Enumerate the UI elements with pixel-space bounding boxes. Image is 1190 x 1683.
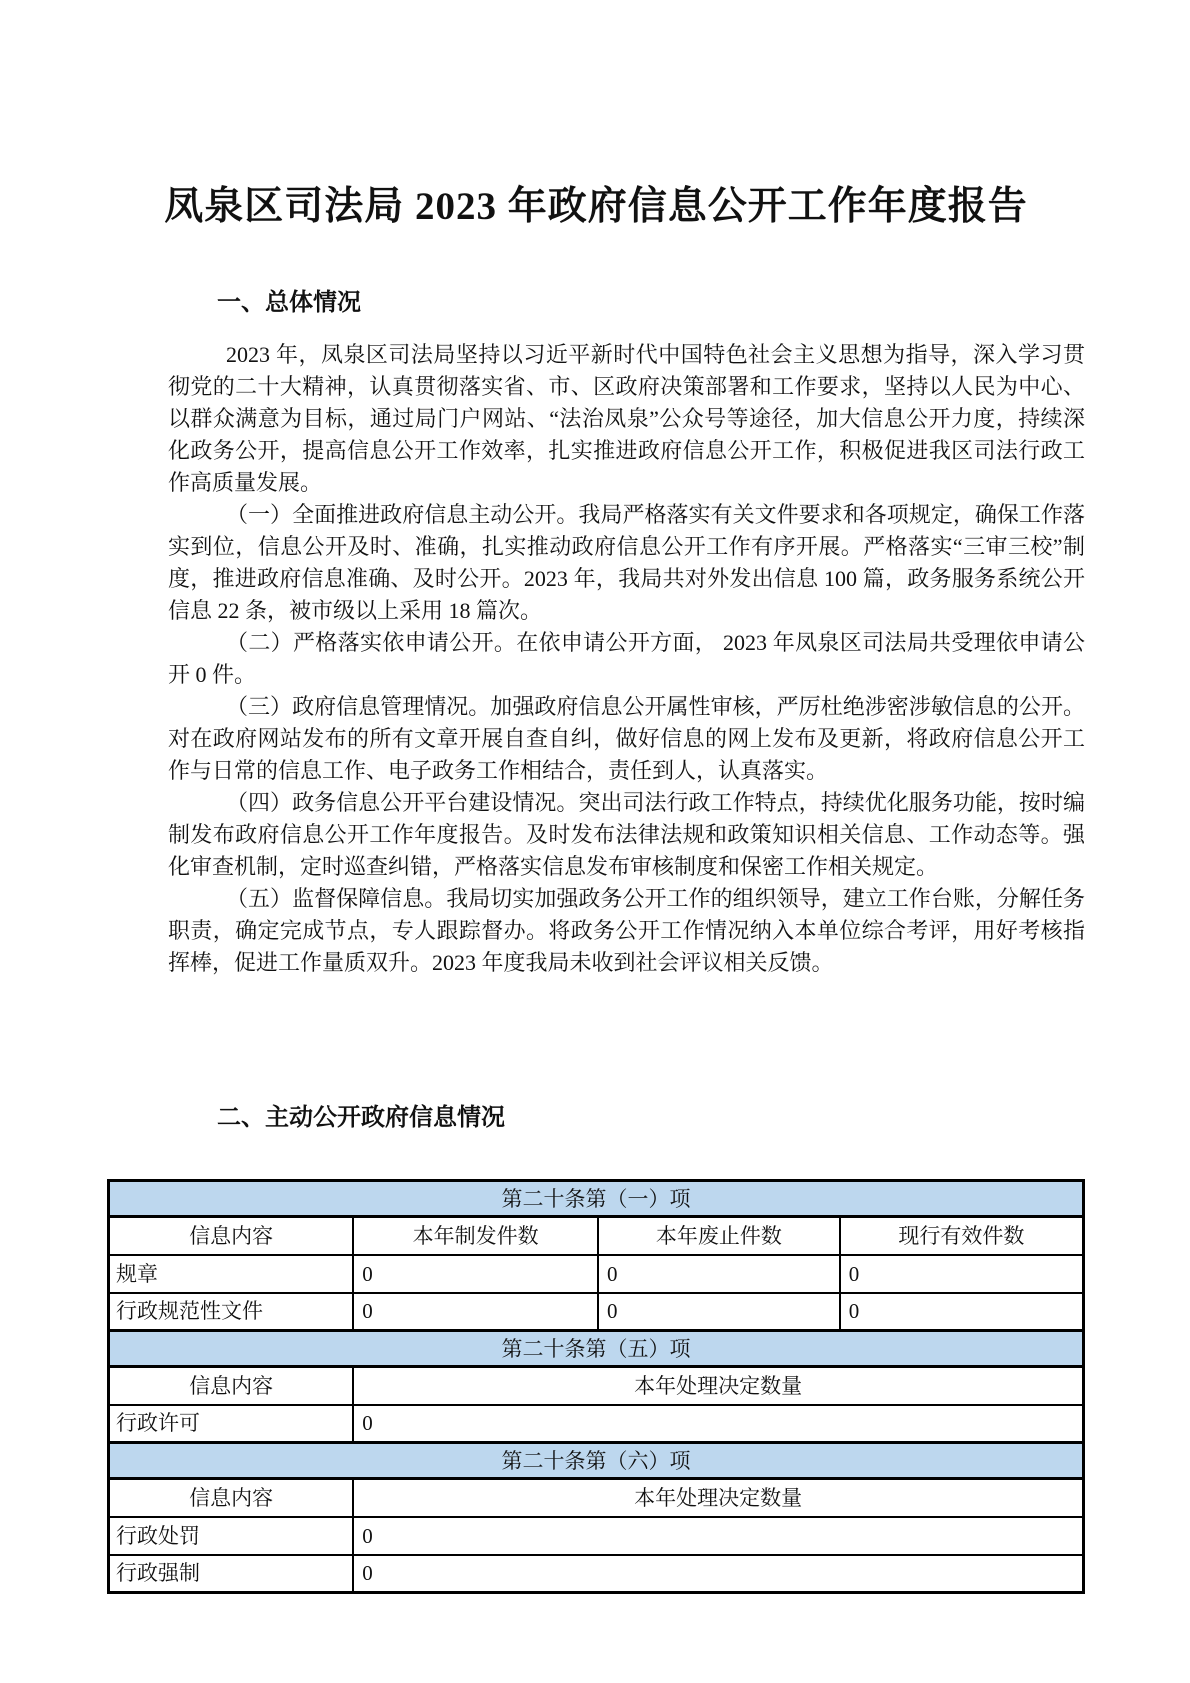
table-row: 第二十条第（五）项 [109,1331,1084,1367]
table-row: 行政许可 0 [109,1405,1084,1443]
page-title: 凤泉区司法局 2023 年政府信息公开工作年度报告 [107,0,1085,236]
row-value: 0 [598,1255,840,1293]
overview-paragraph-6: （五）监督保障信息。我局切实加强政务公开工作的组织领导，建立工作台账，分解任务职… [168,883,1085,979]
overview-paragraph-1: 2023 年，凤泉区司法局坚持以习近平新时代中国特色社会主义思想为指导，深入学习… [168,339,1085,499]
row-label: 行政许可 [109,1405,354,1443]
row-value: 0 [840,1293,1084,1331]
row-value: 0 [353,1555,1083,1593]
table-section-title: 第二十条第（一）项 [109,1181,1084,1217]
column-header: 本年制发件数 [353,1217,598,1255]
row-label: 规章 [109,1255,354,1293]
column-header: 本年废止件数 [598,1217,840,1255]
row-value: 0 [598,1293,840,1331]
table-row: 行政强制 0 [109,1555,1084,1593]
row-label: 行政处罚 [109,1517,354,1555]
table-row: 信息内容 本年制发件数 本年废止件数 现行有效件数 [109,1217,1084,1255]
column-header: 本年处理决定数量 [353,1367,1083,1405]
row-value: 0 [353,1293,598,1331]
table-row: 信息内容 本年处理决定数量 [109,1479,1084,1517]
column-header: 本年处理决定数量 [353,1479,1083,1517]
column-header: 信息内容 [109,1367,354,1405]
table-row: 第二十条第（一）项 [109,1181,1084,1217]
report-page: 凤泉区司法局 2023 年政府信息公开工作年度报告 一、总体情况 2023 年，… [0,0,1190,1683]
table-row: 规章 0 0 0 [109,1255,1084,1293]
overview-paragraph-2: （一）全面推进政府信息主动公开。我局严格落实有关文件要求和各项规定，确保工作落实… [168,499,1085,627]
column-header: 信息内容 [109,1479,354,1517]
disclosure-heading: 二、主动公开政府信息情况 [217,1103,1085,1133]
row-label: 行政规范性文件 [109,1293,354,1331]
disclosure-table: 第二十条第（一）项 信息内容 本年制发件数 本年废止件数 现行有效件数 规章 0… [107,1179,1085,1594]
row-label: 行政强制 [109,1555,354,1593]
overview-paragraph-4: （三）政府信息管理情况。加强政府信息公开属性审核，严厉杜绝涉密涉敏信息的公开。对… [168,691,1085,787]
row-value: 0 [353,1517,1083,1555]
table-row: 行政处罚 0 [109,1517,1084,1555]
row-value: 0 [840,1255,1084,1293]
row-value: 0 [353,1255,598,1293]
column-header: 现行有效件数 [840,1217,1084,1255]
row-value: 0 [353,1405,1083,1443]
table-row: 第二十条第（六）项 [109,1443,1084,1479]
table-row: 信息内容 本年处理决定数量 [109,1367,1084,1405]
table-section-title: 第二十条第（五）项 [109,1331,1084,1367]
table-section-title: 第二十条第（六）项 [109,1443,1084,1479]
table-row: 行政规范性文件 0 0 0 [109,1293,1084,1331]
column-header: 信息内容 [109,1217,354,1255]
overview-paragraph-5: （四）政务信息公开平台建设情况。突出司法行政工作特点，持续优化服务功能，按时编制… [168,787,1085,883]
overview-paragraph-3: （二）严格落实依申请公开。在依申请公开方面， 2023 年凤泉区司法局共受理依申… [168,627,1085,691]
overview-body: 2023 年，凤泉区司法局坚持以习近平新时代中国特色社会主义思想为指导，深入学习… [168,339,1085,979]
overview-heading: 一、总体情况 [217,288,1085,318]
